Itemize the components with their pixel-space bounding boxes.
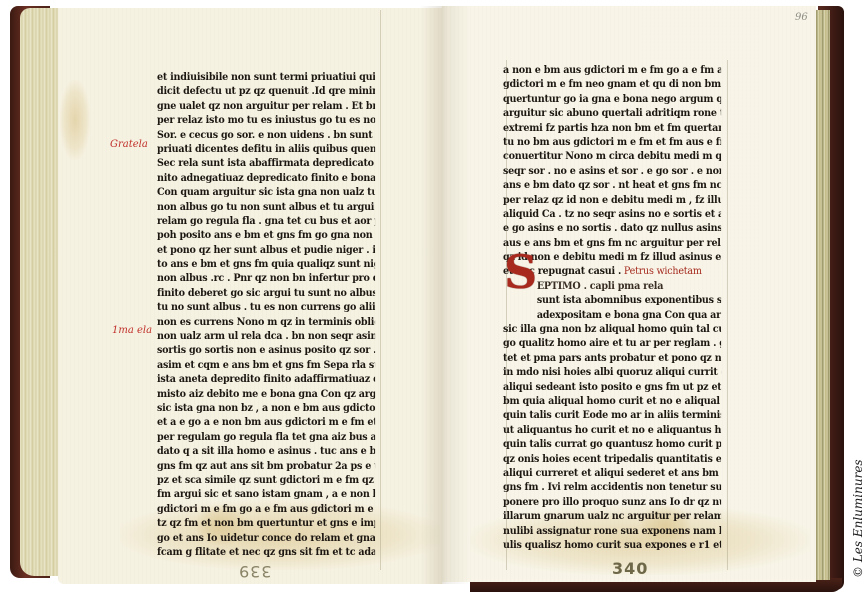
manuscript-line: ans e bm dato qz sor . nt heat et gns fm… bbox=[503, 178, 721, 192]
manuscript-line: aliquid Ca . tz no seqr asins no e sorti… bbox=[503, 207, 721, 221]
manuscript-line: sortis go sortis non e asinus posito qz … bbox=[157, 343, 375, 357]
manuscript-line: et a e go a e non bm aus gdictori m e fm… bbox=[157, 415, 375, 429]
manuscript-line: conuertitur Nono m circa debitu medi m q… bbox=[503, 149, 721, 163]
manuscript-line: extremi fz partis hza non bm et fm quert… bbox=[503, 121, 721, 135]
manuscript-line: et pono qz her sunt albus et pudie niger… bbox=[157, 243, 375, 257]
manuscript-line: sic ista gna non bz , a non e bm aus gdi… bbox=[157, 401, 375, 415]
manuscript-line: per relaz isto mo tu es iniustus go tu e… bbox=[157, 113, 375, 127]
manuscript-line: dato q a sit illa homo e asinus . tuc an… bbox=[157, 444, 375, 458]
left-page-text-block: et indiuisibile non sunt termi priuatiui… bbox=[157, 70, 389, 559]
manuscript-line: non ualz arm ul rela dca . bn non seqr a… bbox=[157, 329, 375, 343]
manuscript-line: quin talis currat go quantusz homo curit… bbox=[503, 437, 721, 451]
right-page-text-block: a non e bm aus gdictori m e fm go a e fm… bbox=[503, 63, 735, 552]
manuscript-line: in mdo nisi hoies albi quoruz aliqui cur… bbox=[503, 365, 721, 379]
manuscript-line: per regulam go regula fla tet gna aiz bu… bbox=[157, 430, 375, 444]
manuscript-line: fm argui sic et sano istam gnam , a e no… bbox=[157, 487, 375, 501]
manuscript-line: gns fm qz aut ans sit bm probatur 2a ps … bbox=[157, 459, 375, 473]
margin-note: Gratela bbox=[110, 139, 148, 150]
manuscript-line: asim et cqm e ans bm et gns fm Sepa rla … bbox=[157, 358, 375, 372]
manuscript-line: seqr sor . no e asins et sor . e go sor … bbox=[503, 164, 721, 178]
decorated-initial: S bbox=[504, 252, 536, 292]
manuscript-line: non es currens Nono m qz in terminis obl… bbox=[157, 315, 375, 329]
rubric-heading: Petrus wichetam bbox=[621, 266, 702, 277]
manuscript-line: aliqui sedeant isto posito e gns fm ut p… bbox=[503, 380, 721, 394]
manuscript-line: non albus .rc . Pnr qz non bn infertur p… bbox=[157, 271, 375, 285]
manuscript-line: Sor. e cecus go sor. e non uidens . bn s… bbox=[157, 128, 375, 142]
manuscript-line: ut aliquantus ho curit et no e aliquantu… bbox=[503, 423, 721, 437]
manuscript-line: tu no bm aus gdictori m e fm et fm aus e… bbox=[503, 135, 721, 149]
page-number-left: 339 bbox=[238, 562, 272, 581]
manuscript-line: ponere pro illo proquo sunz ans Io dr qz… bbox=[503, 495, 721, 509]
manuscript-line: tet et pma pars ants probatur et pono qz… bbox=[503, 351, 721, 365]
margin-note: 1ma ela bbox=[112, 325, 152, 336]
manuscript-line: non albus go tu non sunt albus et tu arg… bbox=[157, 200, 375, 214]
manuscript-line: sic illa gna non bz aliqual homo quin ta… bbox=[503, 322, 721, 336]
manuscript-line: finito deberet go sic argui tu sunt no a… bbox=[157, 286, 375, 300]
manuscript-line: illarum gnarum ualz nc arguitur per rela… bbox=[503, 509, 721, 523]
manuscript-line: tz qz fm et non bm quertuntur et gns e i… bbox=[157, 516, 375, 530]
manuscript-line: relam go regula fla . gna tet cu bus et … bbox=[157, 214, 375, 228]
manuscript-line: quertuntur go ia gna e bona nego argum q… bbox=[503, 92, 721, 106]
manuscript-line: qz onis hoies ecent tripedalis quantitat… bbox=[503, 452, 721, 466]
manuscript-line: a non e bm aus gdictori m e fm go a e fm… bbox=[503, 63, 721, 77]
manuscript-line: fcam g flitate et nec qz gns sit fm et t… bbox=[157, 545, 375, 559]
manuscript-line: to ans e bm et gns fm quia qualiqz sunt … bbox=[157, 257, 375, 271]
manuscript-line: poh posito ans e bm et gns fm go gna non… bbox=[157, 228, 375, 242]
manuscript-line: gdictori m e fm go a e fm aus gdictori m… bbox=[157, 502, 375, 516]
manuscript-line: nito adnegatiuaz depredicato finito e bo… bbox=[157, 171, 375, 185]
open-manuscript-book: Gratela 1ma ela et indiuisibile non sunt… bbox=[0, 0, 868, 600]
manuscript-line: pz et sca simile qz sunt gdictori m e fm… bbox=[157, 473, 375, 487]
manuscript-line: aliqui curreret et aliqui sederet et ans… bbox=[503, 466, 721, 480]
manuscript-line: dicit defectu ut pz qz quenuit .Id qre m… bbox=[157, 84, 375, 98]
manuscript-line: gns fm . Ivi relm accidentis non tenetur… bbox=[503, 480, 721, 494]
page-number-right: 340 bbox=[612, 559, 648, 578]
pencil-folio-number: 96 bbox=[795, 12, 808, 23]
manuscript-line: Con quam arguitur sic ista gna non ualz … bbox=[157, 185, 375, 199]
manuscript-line: arguitur sic abuno quertali adritiqm ron… bbox=[503, 106, 721, 120]
manuscript-line: nulibi assignatur rone sua exponens nam … bbox=[503, 524, 721, 538]
manuscript-line: per relaz qz id non e debitu medi m , fz… bbox=[503, 193, 721, 207]
manuscript-line: bm quia aliqual homo curit et no e aliqu… bbox=[503, 394, 721, 408]
manuscript-line: priuati dicentes defitu in aliis quibus … bbox=[157, 142, 375, 156]
manuscript-line: Sec rela sunt ista abaffirmata depredica… bbox=[157, 156, 375, 170]
manuscript-line: go qualitz homo aire et tu ar per reglam… bbox=[503, 336, 721, 350]
manuscript-line: gdictori m e fm neo gnam et qu di non bm… bbox=[503, 77, 721, 91]
manuscript-line: e go asins e no sortis . dato qz nullus … bbox=[503, 221, 721, 235]
manuscript-line: tu no sunt albus . tu es non currens go … bbox=[157, 300, 375, 314]
manuscript-line: ulis qualisz homo curit sua expones e r1… bbox=[503, 538, 721, 552]
manuscript-line: quin talis curit Eode mo ar in aliis ter… bbox=[503, 408, 721, 422]
manuscript-line: et indiuisibile non sunt termi priuatiui… bbox=[157, 70, 375, 84]
manuscript-line: go et ans Io uidetur conce do relam et g… bbox=[157, 531, 375, 545]
manuscript-line: ista aneta depredito finito adaffirmatiu… bbox=[157, 372, 375, 386]
manuscript-line: gne ualet qz non arguitur per relam . Et… bbox=[157, 99, 375, 113]
manuscript-line: adexpositam e bona gna Con qua ar bbox=[503, 308, 721, 322]
copyright-watermark: © Les Enluminures bbox=[851, 459, 865, 578]
manuscript-line: misto aiz debito me e bona gna Con qz ar… bbox=[157, 387, 375, 401]
